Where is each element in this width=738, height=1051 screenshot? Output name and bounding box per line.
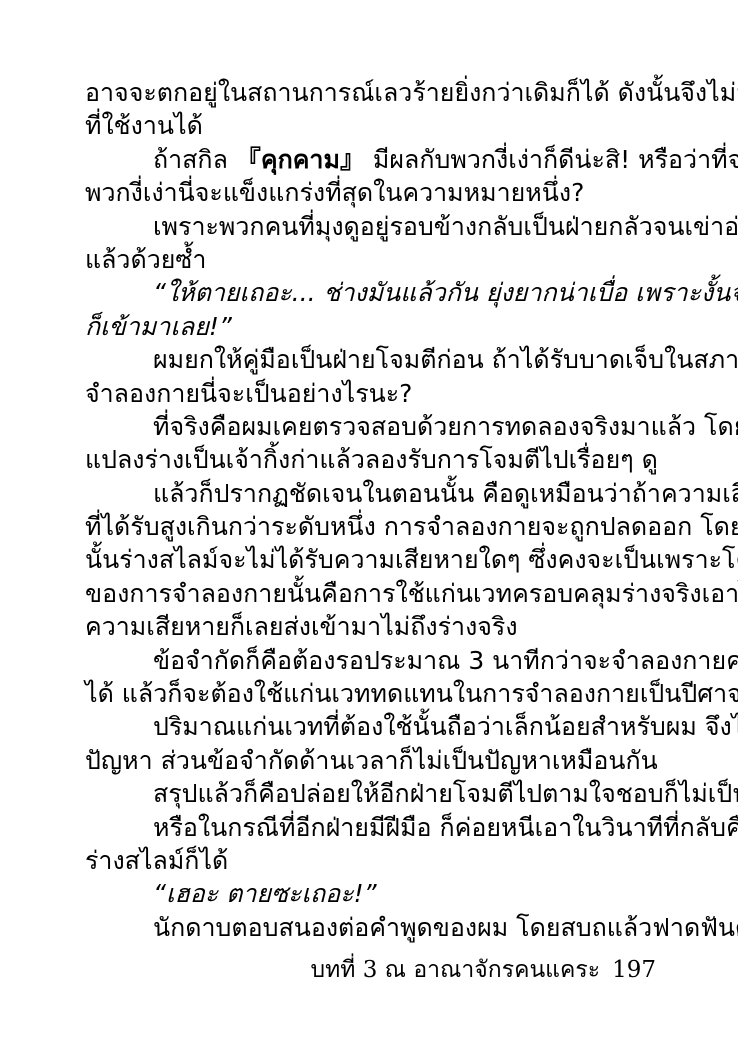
body-line: แปลงร่างเป็นเจ้ากิ้งก่าแล้วลองรับการโจมต… xyxy=(85,443,659,476)
body-line: “ให้ตายเถอะ... ช่างมันแล้วกัน ยุ่งยากน่า… xyxy=(85,276,659,309)
body-line: อาจจะตกอยู่ในสถานการณ์เลวร้ายยิ่งกว่าเดิ… xyxy=(85,76,659,109)
body-line: ถ้าสกิล 『คุกคาม』 มีผลกับพวกงี่เง่าก็ดีน่… xyxy=(85,143,659,176)
page-footer: บทที่ 3 ณ อาณาจักรคนแคระ197 xyxy=(311,956,657,984)
body-line: ผมยกให้คู่มือเป็นฝ่ายโจมตีก่อน ถ้าได้รับ… xyxy=(85,343,659,376)
text-block: อาจจะตกอยู่ในสถานการณ์เลวร้ายยิ่งกว่าเดิ… xyxy=(85,76,659,944)
text-segment: ของการจำลองกายนั้นคือการใช้แก่นเวทครอบคล… xyxy=(85,579,738,608)
body-line: ก็เข้ามาเลย!” xyxy=(85,310,659,343)
body-line: สรุปแล้วก็คือปล่อยให้อีกฝ่ายโจมตีไปตามใจ… xyxy=(85,777,659,810)
body-line: นักดาบตอบสนองต่อคำพูดของผม โดยสบถแล้วฟาด… xyxy=(85,911,659,944)
text-segment: หรือในกรณีที่อีกฝ่ายมีฝีมือ ก็ค่อยหนีเอา… xyxy=(153,813,738,842)
body-line: หรือในกรณีที่อีกฝ่ายมีฝีมือ ก็ค่อยหนีเอา… xyxy=(85,811,659,844)
body-line: “เฮอะ ตายซะเถอะ!” xyxy=(85,877,659,910)
text-segment: “เฮอะ ตายซะเถอะ!” xyxy=(153,879,377,908)
page-number: 197 xyxy=(612,957,656,983)
chapter-title: บทที่ 3 ณ อาณาจักรคนแคระ xyxy=(311,957,601,983)
text-segment: แล้วด้วยซ้ำ xyxy=(85,245,206,274)
body-line: ที่ได้รับสูงเกินกว่าระดับหนึ่ง การจำลองก… xyxy=(85,510,659,543)
text-segment: ความเสียหายก็เลยส่งเข้ามาไม่ถึงร่างจริง xyxy=(85,612,518,641)
body-line: แล้วด้วยซ้ำ xyxy=(85,243,659,276)
text-segment: ได้ แล้วก็จะต้องใช้แก่นเวททดแทนในการจำลอ… xyxy=(85,679,738,708)
body-line: ที่จริงคือผมเคยตรวจสอบด้วยการทดลองจริงมา… xyxy=(85,410,659,443)
text-segment: ที่ใช้งานได้ xyxy=(85,111,203,140)
book-page: อาจจะตกอยู่ในสถานการณ์เลวร้ายยิ่งกว่าเดิ… xyxy=(0,0,738,1051)
text-segment: ปัญหา ส่วนข้อจำกัดด้านเวลาก็ไม่เป็นปัญหา… xyxy=(85,746,658,775)
text-segment: นั้นร่างสไลม์จะไม่ได้รับความเสียหายใดๆ ซ… xyxy=(85,545,738,574)
body-line: จำลองกายนี่จะเป็นอย่างไรนะ? xyxy=(85,377,659,410)
body-line: ร่างสไลม์ก็ได้ xyxy=(85,844,659,877)
body-line: ได้ แล้วก็จะต้องใช้แก่นเวททดแทนในการจำลอ… xyxy=(85,677,659,710)
text-segment: สรุปแล้วก็คือปล่อยให้อีกฝ่ายโจมตีไปตามใจ… xyxy=(153,779,738,808)
text-segment: ถ้าสกิล xyxy=(153,145,236,174)
text-segment: ผมยกให้คู่มือเป็นฝ่ายโจมตีก่อน ถ้าได้รับ… xyxy=(153,345,738,374)
text-segment: นักดาบตอบสนองต่อคำพูดของผม โดยสบถแล้วฟาด… xyxy=(153,913,738,942)
text-segment: เพราะพวกคนที่มุงดูอยู่รอบข้างกลับเป็นฝ่า… xyxy=(153,212,738,241)
text-segment: ข้อจำกัดก็คือต้องรอประมาณ 3 นาทีกว่าจะจำ… xyxy=(153,646,738,675)
body-line: ปัญหา ส่วนข้อจำกัดด้านเวลาก็ไม่เป็นปัญหา… xyxy=(85,744,659,777)
body-line: ความเสียหายก็เลยส่งเข้ามาไม่ถึงร่างจริง xyxy=(85,610,659,643)
body-line: แล้วก็ปรากฏชัดเจนในตอนนั้น คือดูเหมือนว่… xyxy=(85,477,659,510)
text-segment: มีผลกับพวกงี่เง่าก็ดีน่ะสิ! หรือว่าที่จร… xyxy=(365,145,738,174)
body-line: ที่ใช้งานได้ xyxy=(85,109,659,142)
body-line: พวกงี่เง่านี่จะแข็งแกร่งที่สุดในความหมาย… xyxy=(85,176,659,209)
text-segment: อาจจะตกอยู่ในสถานการณ์เลวร้ายยิ่งกว่าเดิ… xyxy=(85,78,738,107)
text-segment: “ให้ตายเถอะ... ช่างมันแล้วกัน ยุ่งยากน่า… xyxy=(153,278,738,307)
text-segment: ที่ได้รับสูงเกินกว่าระดับหนึ่ง การจำลองก… xyxy=(85,512,738,541)
text-segment: พวกงี่เง่านี่จะแข็งแกร่งที่สุดในความหมาย… xyxy=(85,178,584,207)
text-segment: ที่จริงคือผมเคยตรวจสอบด้วยการทดลองจริงมา… xyxy=(153,412,738,441)
body-line: ปริมาณแก่นเวทที่ต้องใช้นั้นถือว่าเล็กน้อ… xyxy=(85,710,659,743)
body-line: ข้อจำกัดก็คือต้องรอประมาณ 3 นาทีกว่าจะจำ… xyxy=(85,644,659,677)
text-segment: แปลงร่างเป็นเจ้ากิ้งก่าแล้วลองรับการโจมต… xyxy=(85,445,658,474)
skill-name-bold: 『คุกคาม』 xyxy=(236,145,365,174)
text-segment: ร่างสไลม์ก็ได้ xyxy=(85,846,228,875)
text-segment: ก็เข้ามาเลย!” xyxy=(85,312,232,341)
body-line: ของการจำลองกายนั้นคือการใช้แก่นเวทครอบคล… xyxy=(85,577,659,610)
body-line: นั้นร่างสไลม์จะไม่ได้รับความเสียหายใดๆ ซ… xyxy=(85,543,659,576)
text-segment: ปริมาณแก่นเวทที่ต้องใช้นั้นถือว่าเล็กน้อ… xyxy=(153,712,738,741)
text-segment: แล้วก็ปรากฏชัดเจนในตอนนั้น คือดูเหมือนว่… xyxy=(153,479,738,508)
body-line: เพราะพวกคนที่มุงดูอยู่รอบข้างกลับเป็นฝ่า… xyxy=(85,210,659,243)
text-segment: จำลองกายนี่จะเป็นอย่างไรนะ? xyxy=(85,379,412,408)
